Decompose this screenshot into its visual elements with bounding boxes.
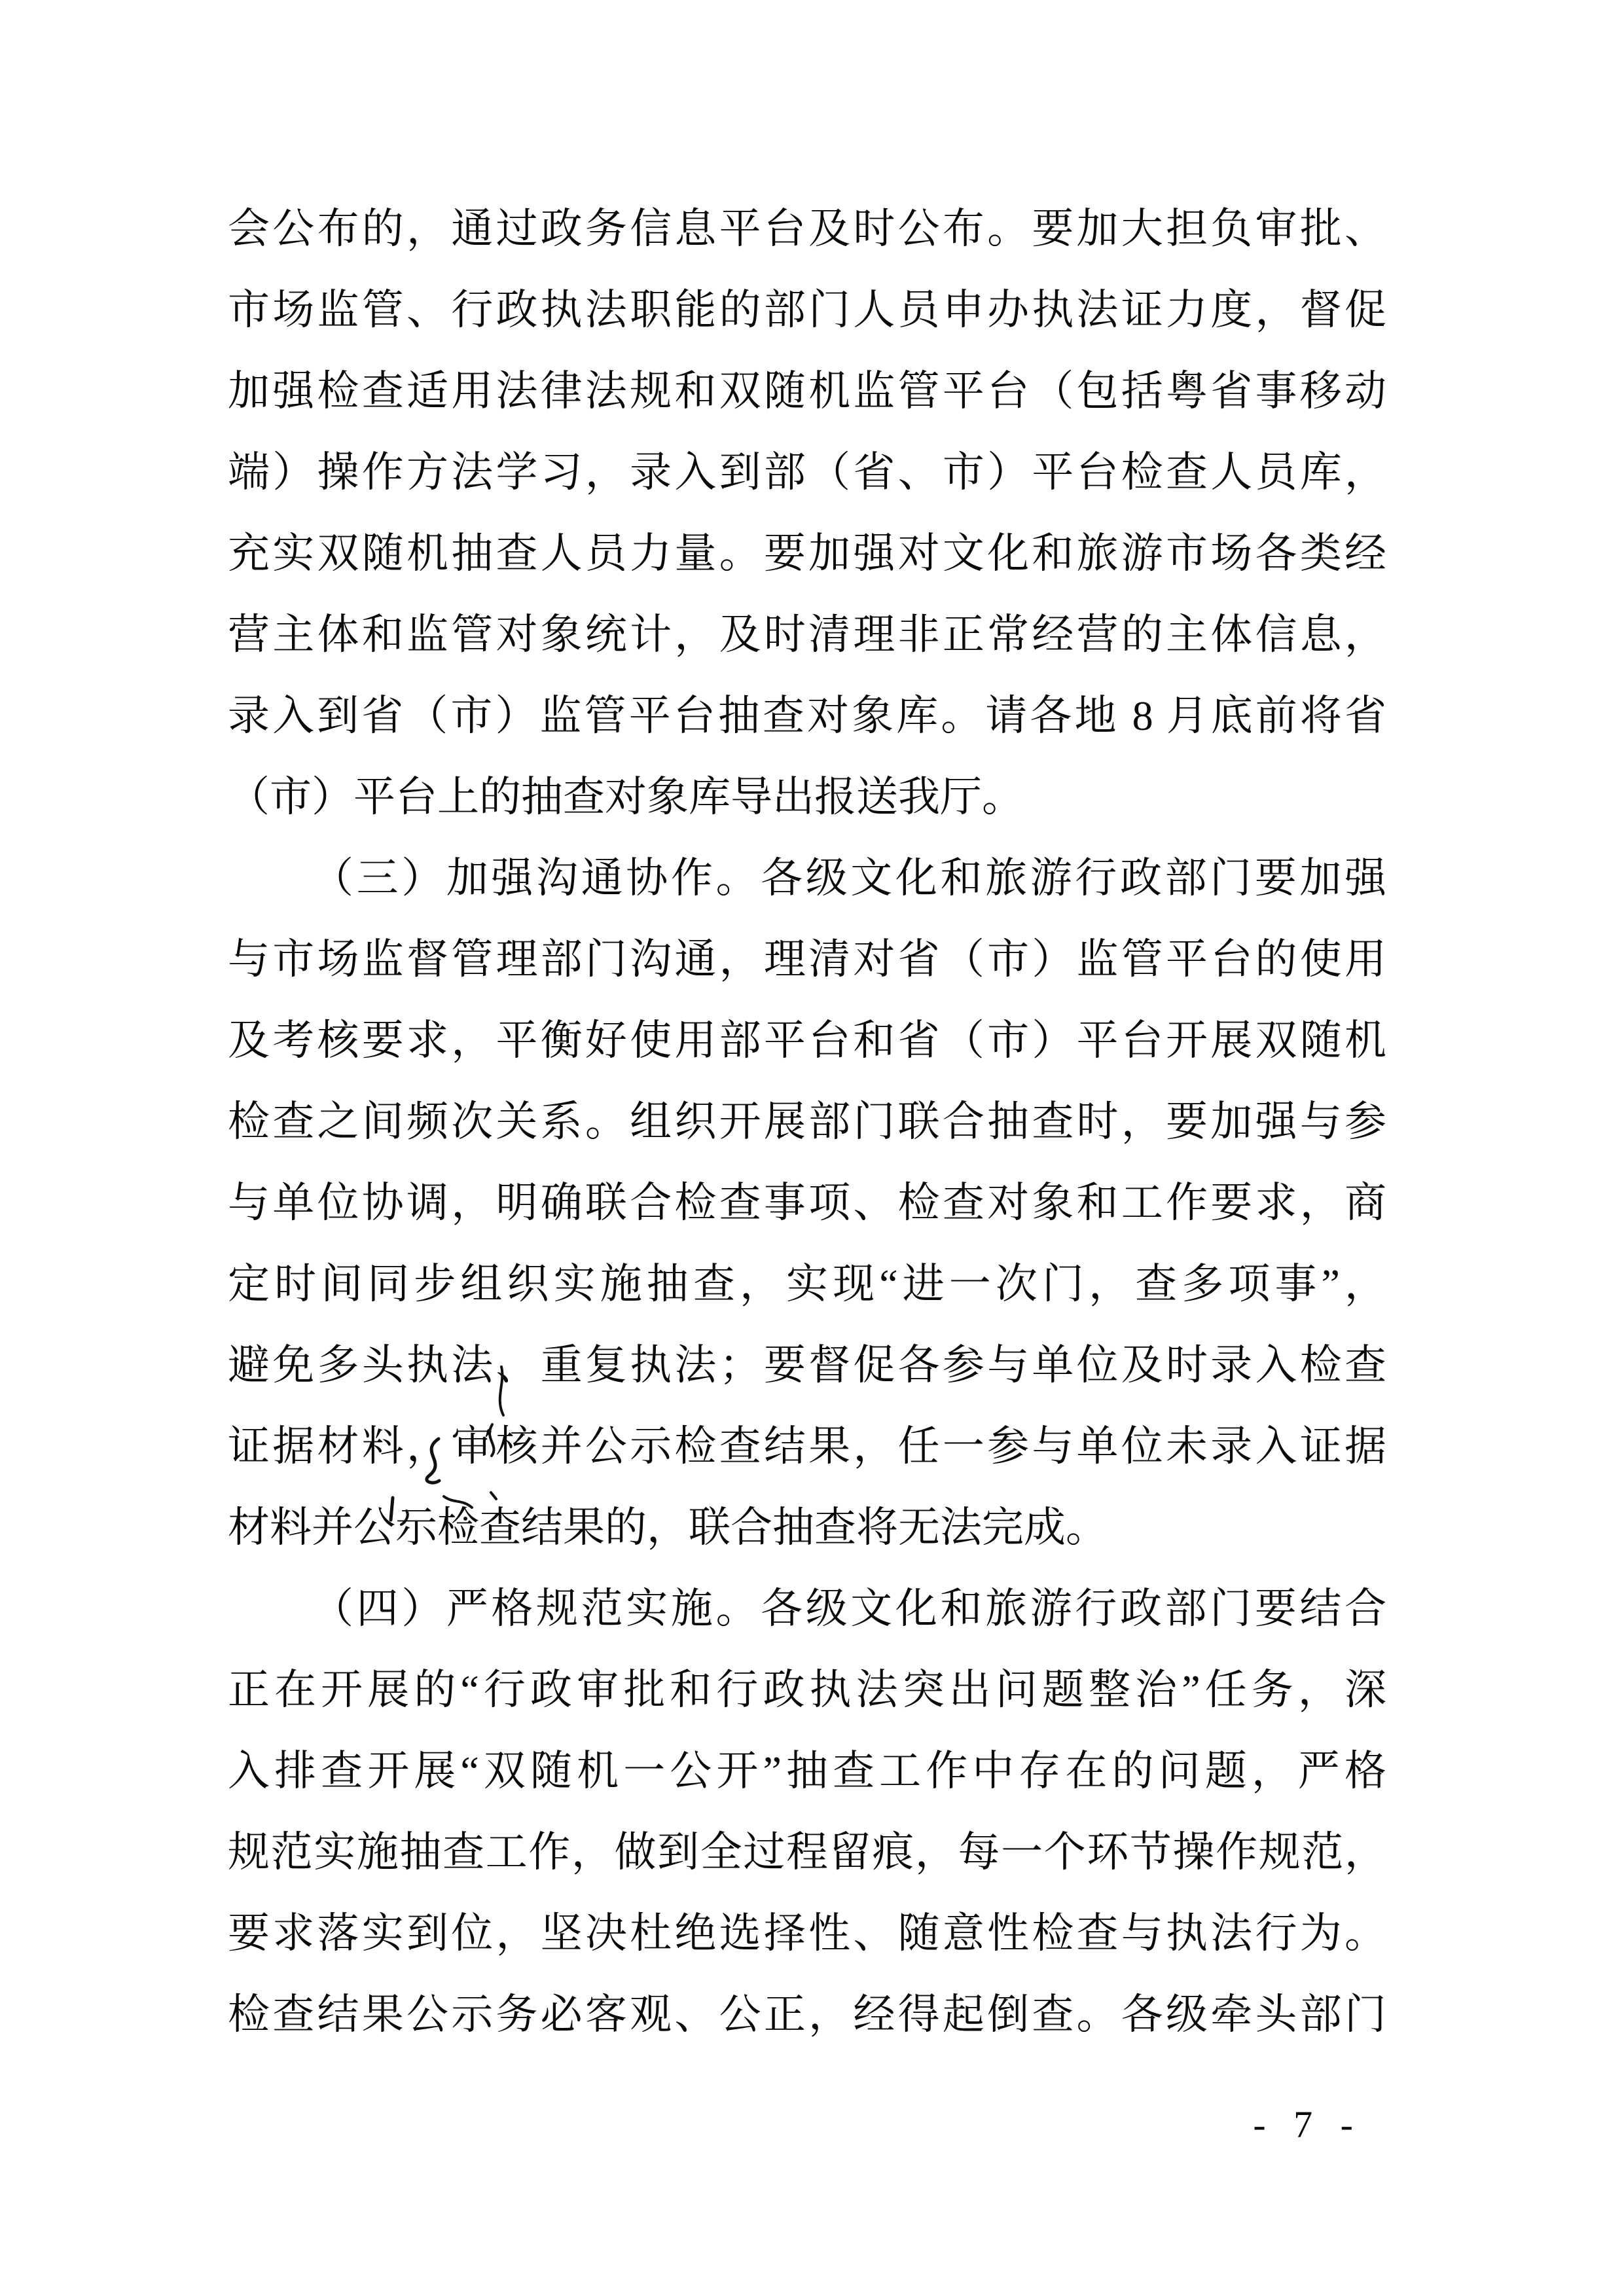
text-line: 会公布的，通过政务信息平台及时公布。要加大担负审批、 [228, 189, 1386, 270]
text-line: 及考核要求，平衡好使用部平台和省（市）平台开展双随机 [228, 1000, 1386, 1081]
text-line: 充实双随机抽查人员力量。要加强对文化和旅游市场各类经 [228, 513, 1386, 594]
text-line: 检查之间频次关系。组织开展部门联合抽查时，要加强与参 [228, 1081, 1386, 1163]
text-line: 证据材料，审核并公示检查结果，任一参与单位未录入证据 [228, 1406, 1386, 1487]
text-line: 与单位协调，明确联合检查事项、检查对象和工作要求，商 [228, 1163, 1386, 1244]
text-line: 端）操作方法学习，录入到部（省、市）平台检查人员库， [228, 432, 1386, 513]
text-line: 入排查开展“双随机一公开”抽查工作中存在的问题，严格 [228, 1731, 1386, 1812]
text-line: 营主体和监管对象统计，及时清理非正常经营的主体信息， [228, 594, 1386, 676]
text-line: 录入到省（市）监管平台抽查对象库。请各地 8 月底前将省 [228, 676, 1386, 757]
text-line: 材料并公示检查结果的，联合抽查将无法完成。 [228, 1487, 1386, 1568]
text-block: 会公布的，通过政务信息平台及时公布。要加大担负审批、市场监管、行政执法职能的部门… [228, 189, 1386, 2055]
text-line: （三）加强沟通协作。各级文化和旅游行政部门要加强 [228, 838, 1386, 919]
text-line: 定时间同步组织实施抽查，实现“进一次门，查多项事”， [228, 1244, 1386, 1325]
text-line: 规范实施抽查工作，做到全过程留痕，每一个环节操作规范， [228, 1812, 1386, 1893]
text-line: 与市场监督管理部门沟通，理清对省（市）监管平台的使用 [228, 919, 1386, 1000]
text-line: 要求落实到位，坚决杜绝选择性、随意性检查与执法行为。 [228, 1893, 1386, 1974]
text-line: （市）平台上的抽查对象库导出报送我厅。 [228, 757, 1386, 838]
text-line: （四）严格规范实施。各级文化和旅游行政部门要结合 [228, 1568, 1386, 1650]
document-page: 会公布的，通过政务信息平台及时公布。要加大担负审批、市场监管、行政执法职能的部门… [0, 0, 1624, 2295]
text-line: 加强检查适用法律法规和双随机监管平台（包括粤省事移动 [228, 351, 1386, 432]
text-line: 市场监管、行政执法职能的部门人员申办执法证力度，督促 [228, 270, 1386, 351]
text-line: 检查结果公示务必客观、公正，经得起倒查。各级牵头部门 [228, 1974, 1386, 2055]
text-line: 避免多头执法、重复执法；要督促各参与单位及时录入检查 [228, 1325, 1386, 1406]
text-line: 正在开展的“行政审批和行政执法突出问题整治”任务，深 [228, 1650, 1386, 1731]
page-number: - 7 - [1253, 2103, 1362, 2146]
